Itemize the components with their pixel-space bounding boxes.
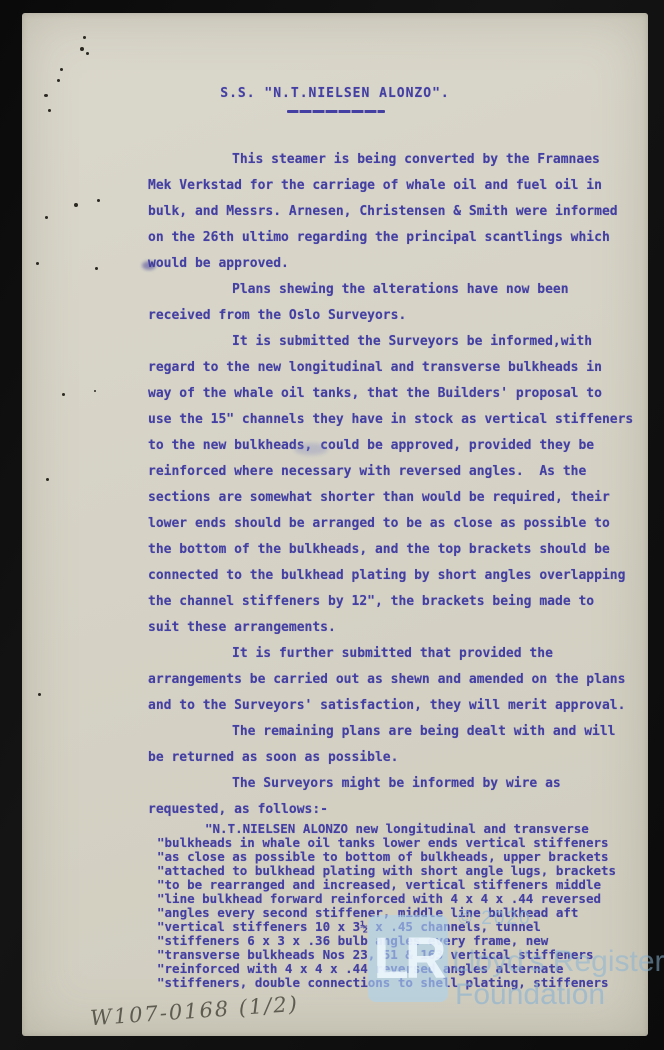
handwritten-archive-reference: W107-0168 (1/2) bbox=[89, 992, 299, 1031]
ink-smudge bbox=[294, 443, 328, 455]
document-body: This steamer is being converted by the F… bbox=[148, 147, 634, 823]
doc-line: The Surveyors might be informed by wire … bbox=[148, 771, 634, 797]
paper-speck bbox=[60, 68, 63, 71]
doc-line: regard to the new longitudinal and trans… bbox=[148, 355, 634, 381]
doc-line: the bottom of the bulkheads, and the top… bbox=[148, 537, 634, 563]
doc-line: sections are somewhat shorter than would… bbox=[148, 485, 634, 511]
doc-line: would be approved. bbox=[148, 251, 634, 277]
doc-line: requested, as follows:- bbox=[148, 797, 634, 823]
title-underline bbox=[287, 110, 385, 113]
paper-speck bbox=[83, 36, 86, 39]
paper-speck bbox=[36, 262, 39, 265]
paragraph: It is further submitted that provided th… bbox=[148, 641, 634, 719]
doc-line: on the 26th ultimo regarding the princip… bbox=[148, 225, 634, 251]
wire-line: "N.T.NIELSEN ALONZO new longitudinal and… bbox=[157, 822, 637, 836]
doc-line: the channel stiffeners by 12", the brack… bbox=[148, 589, 634, 615]
watermark-org-name-line1: Lloyd's Register bbox=[452, 945, 664, 979]
paper-speck bbox=[48, 109, 51, 112]
lloyds-register-logo: LR bbox=[368, 915, 448, 1002]
watermark-copyright: © 2020 bbox=[458, 908, 532, 930]
paper-speck bbox=[94, 390, 96, 392]
paper-speck bbox=[45, 216, 48, 219]
doc-line: It is further submitted that provided th… bbox=[148, 641, 634, 667]
doc-line: received from the Oslo Surveyors. bbox=[148, 303, 634, 329]
doc-line: to the new bulkheads, could be approved,… bbox=[148, 433, 634, 459]
doc-line: Plans shewing the alterations have now b… bbox=[148, 277, 634, 303]
doc-line: This steamer is being converted by the F… bbox=[148, 147, 634, 173]
doc-line: use the 15" channels they have in stock … bbox=[148, 407, 634, 433]
watermark-org-name-line2: Foundation bbox=[455, 978, 605, 1012]
paper-speck bbox=[62, 393, 65, 396]
doc-line: The remaining plans are being dealt with… bbox=[148, 719, 634, 745]
document-title: S.S. "N.T.NIELSEN ALONZO". bbox=[22, 86, 648, 101]
wire-line: "bulkheads in whale oil tanks lower ends… bbox=[157, 836, 637, 850]
paper-speck bbox=[57, 79, 60, 82]
paragraph: It is submitted the Surveyors be informe… bbox=[148, 329, 634, 641]
ink-smudge bbox=[142, 261, 156, 270]
paragraph: This steamer is being converted by the F… bbox=[148, 147, 634, 277]
paper-speck bbox=[97, 199, 100, 202]
paper-speck bbox=[86, 52, 89, 55]
paragraph: The remaining plans are being dealt with… bbox=[148, 719, 634, 771]
doc-line: reinforced where necessary with reversed… bbox=[148, 459, 634, 485]
wire-line: "attached to bulkhead plating with short… bbox=[157, 864, 637, 878]
doc-line: be returned as soon as possible. bbox=[148, 745, 634, 771]
paper-speck bbox=[74, 203, 78, 207]
doc-line: connected to the bulkhead plating by sho… bbox=[148, 563, 634, 589]
wire-line: "as close as possible to bottom of bulkh… bbox=[157, 850, 637, 864]
paragraph: Plans shewing the alterations have now b… bbox=[148, 277, 634, 329]
paper-speck bbox=[46, 478, 49, 481]
paper-speck bbox=[80, 47, 84, 51]
paragraph: The Surveyors might be informed by wire … bbox=[148, 771, 634, 823]
scanned-page-background: S.S. "N.T.NIELSEN ALONZO". This steamer … bbox=[0, 0, 664, 1050]
doc-line: way of the whale oil tanks, that the Bui… bbox=[148, 381, 634, 407]
doc-line: and to the Surveyors' satisfaction, they… bbox=[148, 693, 634, 719]
document-paper: S.S. "N.T.NIELSEN ALONZO". This steamer … bbox=[22, 13, 648, 1036]
wire-line: "line bulkhead forward reinforced with 4… bbox=[157, 892, 637, 906]
doc-line: bulk, and Messrs. Arnesen, Christensen &… bbox=[148, 199, 634, 225]
paper-speck bbox=[95, 267, 98, 270]
doc-line: suit these arrangements. bbox=[148, 615, 634, 641]
doc-line: lower ends should be arranged to be as c… bbox=[148, 511, 634, 537]
wire-line: "to be rearranged and increased, vertica… bbox=[157, 878, 637, 892]
paper-speck bbox=[38, 693, 41, 696]
doc-line: arrangements be carried out as shewn and… bbox=[148, 667, 634, 693]
paper-speck bbox=[44, 94, 48, 97]
doc-line: It is submitted the Surveyors be informe… bbox=[148, 329, 634, 355]
doc-line: Mek Verkstad for the carriage of whale o… bbox=[148, 173, 634, 199]
